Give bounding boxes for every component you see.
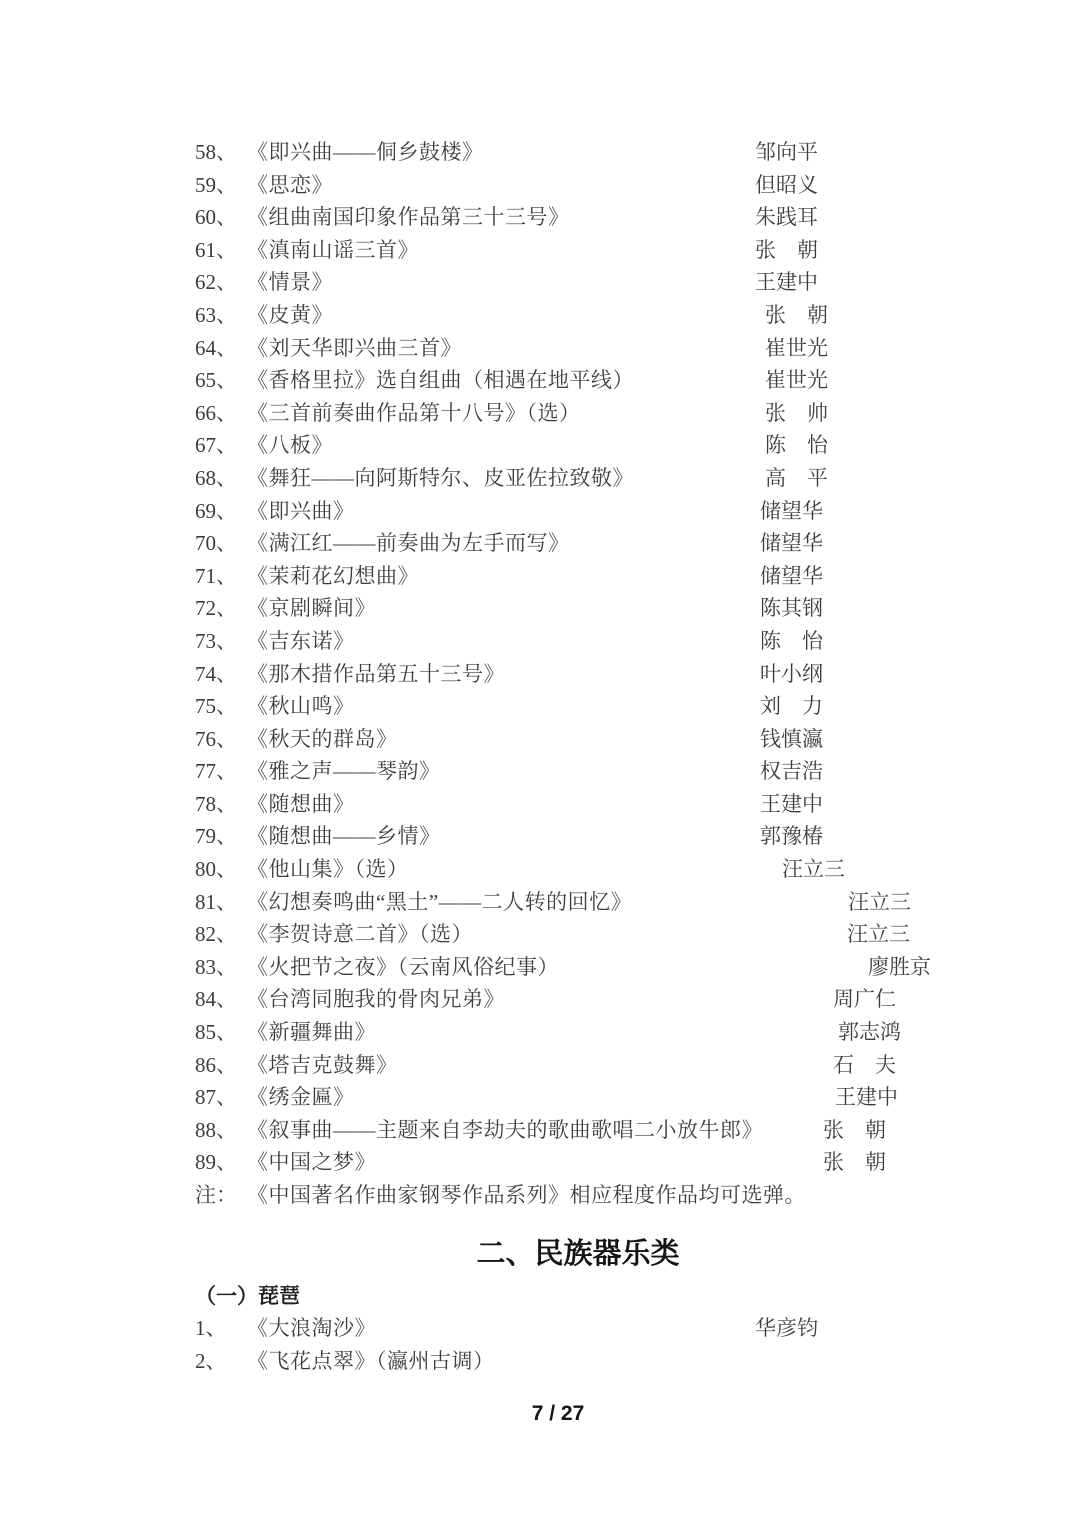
item-title: 《八板》 (247, 433, 333, 457)
item-composer: 华彦钧 (755, 1312, 818, 1345)
list-item: 89、《中国之梦》 张 朝 (195, 1146, 1080, 1179)
list-item: 69、《即兴曲》 储望华 (195, 495, 1080, 528)
item-number: 60、 (195, 201, 247, 234)
item-composer: 张 朝 (823, 1114, 886, 1147)
item-title: 《雅之声——琴韵》 (247, 759, 441, 783)
item-number: 67、 (195, 429, 247, 462)
item-title: 《塔吉克鼓舞》 (247, 1053, 398, 1077)
item-title: 《秋天的群岛》 (247, 727, 398, 751)
item-number: 58、 (195, 136, 247, 169)
item-composer: 王建中 (760, 788, 823, 821)
item-number: 89、 (195, 1146, 247, 1179)
item-number: 75、 (195, 690, 247, 723)
list-item: 62、《情景》 王建中 (195, 266, 1080, 299)
list-item: 85、《新疆舞曲》 郭志鸿 (195, 1016, 1080, 1049)
item-number: 65、 (195, 364, 247, 397)
list-item: 81、《幻想奏鸣曲“黑土”——二人转的回忆》 汪立三 (195, 886, 1080, 919)
item-title: 《皮黄》 (247, 303, 333, 327)
list-item: 70、《满江红——前奏曲为左手而写》 储望华 (195, 527, 1080, 560)
item-number: 69、 (195, 495, 247, 528)
item-number: 73、 (195, 625, 247, 658)
item-composer: 邹向平 (755, 136, 818, 169)
item-title: 《吉东诺》 (247, 629, 355, 653)
list-item: 75、《秋山鸣》 刘 力 (195, 690, 1080, 723)
item-composer: 朱践耳 (755, 201, 818, 234)
item-composer: 叶小纲 (760, 658, 823, 691)
item-title: 《满江红——前奏曲为左手而写》 (247, 531, 570, 555)
list-item: 88、《叙事曲——主题来自李劫夫的歌曲歌唱二小放牛郎》 张 朝 (195, 1114, 1080, 1147)
list-item: 67、《八板》 陈 怡 (195, 429, 1080, 462)
item-number: 70、 (195, 527, 247, 560)
item-title: 《香格里拉》选自组曲（相遇在地平线） (247, 368, 634, 392)
item-number: 76、 (195, 723, 247, 756)
list-item: 76、《秋天的群岛》 钱慎瀛 (195, 723, 1080, 756)
list-item: 72、《京剧瞬间》 陈其钢 (195, 592, 1080, 625)
item-title: 《京剧瞬间》 (247, 596, 376, 620)
note-text: 《中国著名作曲家钢琴作品系列》相应程度作品均可选弹。 (247, 1183, 806, 1207)
list-item: 63、《皮黄》 张 朝 (195, 299, 1080, 332)
list-item: 65、《香格里拉》选自组曲（相遇在地平线） 崔世光 (195, 364, 1080, 397)
item-title: 《茉莉花幻想曲》 (247, 564, 419, 588)
item-number: 59、 (195, 169, 247, 202)
list-item: 83、《火把节之夜》（云南风俗纪事） 廖胜京 (195, 951, 1080, 984)
list-item: 59、《思恋》 但昭义 (195, 169, 1080, 202)
item-title: 《即兴曲——侗乡鼓楼》 (247, 140, 484, 164)
item-title: 《情景》 (247, 270, 333, 294)
item-number: 79、 (195, 820, 247, 853)
list-item: 61、《滇南山谣三首》 张 朝 (195, 234, 1080, 267)
item-title: 《三首前奏曲作品第十八号》（选） (247, 401, 581, 425)
item-composer: 张 朝 (765, 299, 828, 332)
list-item: 80、《他山集》（选） 汪立三 (195, 853, 1080, 886)
item-title: 《随想曲——乡情》 (247, 824, 441, 848)
item-composer: 张 帅 (765, 397, 828, 430)
item-number: 87、 (195, 1081, 247, 1114)
item-title: 《绣金匾》 (247, 1085, 355, 1109)
item-title: 《随想曲》 (247, 792, 355, 816)
list-item: 64、《刘天华即兴曲三首》 崔世光 (195, 332, 1080, 365)
item-number: 88、 (195, 1114, 247, 1147)
item-composer: 王建中 (835, 1081, 898, 1114)
item-title: 《即兴曲》 (247, 499, 355, 523)
item-composer: 陈 怡 (765, 429, 828, 462)
item-title: 《滇南山谣三首》 (247, 238, 419, 262)
item-composer: 王建中 (755, 266, 818, 299)
list-item: 66、《三首前奏曲作品第十八号》（选） 张 帅 (195, 397, 1080, 430)
item-number: 85、 (195, 1016, 247, 1049)
item-composer: 崔世光 (765, 332, 828, 365)
page-content: 58、《即兴曲——侗乡鼓楼》 邹向平 59、《思恋》 但昭义 60、《组曲南国印… (0, 0, 1080, 1431)
item-number: 82、 (195, 918, 247, 951)
item-number: 86、 (195, 1049, 247, 1082)
item-title: 《秋山鸣》 (247, 694, 355, 718)
item-composer: 张 朝 (755, 234, 818, 267)
list-item: 2、《飞花点翠》（瀛州古调） (195, 1345, 1080, 1378)
item-composer: 崔世光 (765, 364, 828, 397)
list-item: 86、《塔吉克鼓舞》 石 夫 (195, 1049, 1080, 1082)
list-item: 73、《吉东诺》 陈 怡 (195, 625, 1080, 658)
item-composer: 高 平 (765, 462, 828, 495)
item-title: 《舞狂——向阿斯特尔、皮亚佐拉致敬》 (247, 466, 634, 490)
item-number: 62、 (195, 266, 247, 299)
item-number: 74、 (195, 658, 247, 691)
item-composer: 陈其钢 (760, 592, 823, 625)
list-item: 1、《大浪淘沙》 华彦钧 (195, 1312, 1080, 1345)
list-item: 71、《茉莉花幻想曲》 储望华 (195, 560, 1080, 593)
item-composer: 储望华 (760, 495, 823, 528)
item-number: 83、 (195, 951, 247, 984)
item-composer: 汪立三 (847, 918, 910, 951)
list-item: 87、《绣金匾》 王建中 (195, 1081, 1080, 1114)
item-title: 《组曲南国印象作品第三十三号》 (247, 205, 570, 229)
document-page: 58、《即兴曲——侗乡鼓楼》 邹向平 59、《思恋》 但昭义 60、《组曲南国印… (0, 0, 1080, 1527)
item-title: 《大浪淘沙》 (247, 1316, 376, 1340)
item-number: 80、 (195, 853, 247, 886)
item-number: 2、 (195, 1345, 247, 1378)
item-title: 《李贺诗意二首》（选） (247, 922, 473, 946)
item-composer: 权吉浩 (760, 755, 823, 788)
item-composer: 但昭义 (755, 169, 818, 202)
list-item: 60、《组曲南国印象作品第三十三号》 朱践耳 (195, 201, 1080, 234)
item-number: 77、 (195, 755, 247, 788)
item-number: 81、 (195, 886, 247, 919)
item-number: 1、 (195, 1312, 247, 1345)
item-composer: 周广仁 (833, 983, 896, 1016)
item-composer: 钱慎瀛 (760, 723, 823, 756)
list-item: 68、《舞狂——向阿斯特尔、皮亚佐拉致敬》 高 平 (195, 462, 1080, 495)
item-composer: 储望华 (760, 527, 823, 560)
list-item: 82、《李贺诗意二首》（选） 汪立三 (195, 918, 1080, 951)
item-title: 《飞花点翠》（瀛州古调） (247, 1349, 495, 1373)
item-title: 《思恋》 (247, 173, 333, 197)
section-heading: 二、民族器乐类 (38, 1234, 1080, 1274)
item-title: 《他山集》（选） (247, 857, 409, 881)
item-number: 66、 (195, 397, 247, 430)
item-composer: 郭豫椿 (760, 820, 823, 853)
list-item: 78、《随想曲》 王建中 (195, 788, 1080, 821)
item-number: 63、 (195, 299, 247, 332)
item-title: 《刘天华即兴曲三首》 (247, 336, 462, 360)
item-composer: 廖胜京 (868, 951, 931, 984)
list-item: 74、《那木措作品第五十三号》 叶小纲 (195, 658, 1080, 691)
item-composer: 汪立三 (848, 886, 911, 919)
item-title: 《火把节之夜》（云南风俗纪事） (247, 955, 559, 979)
item-number: 68、 (195, 462, 247, 495)
subsection-heading: （一）琵琶 (195, 1280, 1080, 1313)
item-number: 64、 (195, 332, 247, 365)
item-title: 《中国之梦》 (247, 1150, 376, 1174)
item-composer: 储望华 (760, 560, 823, 593)
item-number: 78、 (195, 788, 247, 821)
list-item: 79、《随想曲——乡情》 郭豫椿 (195, 820, 1080, 853)
item-composer: 汪立三 (782, 853, 845, 886)
item-title: 《幻想奏鸣曲“黑土”——二人转的回忆》 (247, 890, 632, 914)
item-title: 《叙事曲——主题来自李劫夫的歌曲歌唱二小放牛郎》 (247, 1118, 763, 1142)
item-title: 《新疆舞曲》 (247, 1020, 376, 1044)
item-composer: 张 朝 (823, 1146, 886, 1179)
item-composer: 石 夫 (833, 1049, 896, 1082)
note-row: 注：《中国著名作曲家钢琴作品系列》相应程度作品均可选弹。 (195, 1179, 1080, 1212)
item-title: 《那木措作品第五十三号》 (247, 662, 505, 686)
list-item: 84、《台湾同胞我的骨肉兄弟》 周广仁 (195, 983, 1080, 1016)
item-number: 72、 (195, 592, 247, 625)
item-composer: 郭志鸿 (838, 1016, 901, 1049)
list-item: 58、《即兴曲——侗乡鼓楼》 邹向平 (195, 136, 1080, 169)
pipa-repertoire-list: 1、《大浪淘沙》 华彦钧 2、《飞花点翠》（瀛州古调） (195, 1312, 1080, 1377)
note-label: 注： (195, 1179, 247, 1212)
item-number: 71、 (195, 560, 247, 593)
item-number: 61、 (195, 234, 247, 267)
item-number: 84、 (195, 983, 247, 1016)
page-number: 7 / 27 (18, 1397, 1080, 1431)
item-composer: 陈 怡 (760, 625, 823, 658)
item-composer: 刘 力 (760, 690, 823, 723)
piano-repertoire-list: 58、《即兴曲——侗乡鼓楼》 邹向平 59、《思恋》 但昭义 60、《组曲南国印… (195, 136, 1080, 1179)
list-item: 77、《雅之声——琴韵》 权吉浩 (195, 755, 1080, 788)
item-title: 《台湾同胞我的骨肉兄弟》 (247, 987, 505, 1011)
